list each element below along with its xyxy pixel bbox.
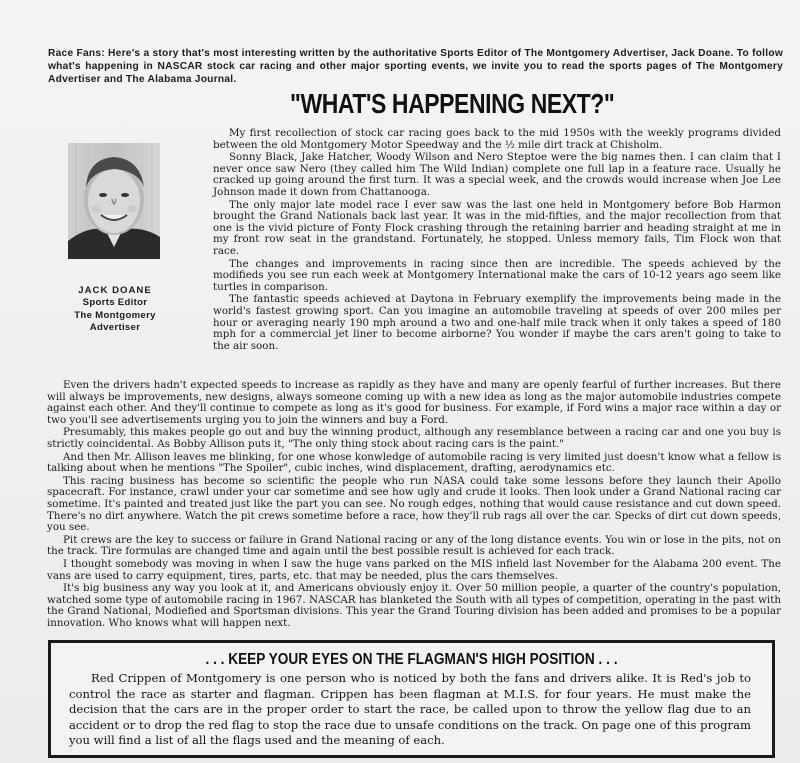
flagman-box-paragraph: Red Crippen of Montgomery is one person …	[69, 671, 751, 749]
author-title: Sports Editor	[56, 297, 174, 309]
article-paragraph: Even the drivers hadn't expected speeds …	[47, 380, 781, 426]
article-paragraph: This racing business has become so scien…	[47, 476, 781, 534]
intro-note: Race Fans: Here's a story that's most in…	[48, 47, 783, 87]
article-full-width: Even the drivers hadn't expected speeds …	[47, 380, 781, 630]
article-paragraph: Sonny Black, Jake Hatcher, Woody Wilson …	[213, 152, 781, 198]
article-paragraph: The fantastic speeds achieved at Daytona…	[213, 294, 781, 352]
article-right-column: My first recollection of stock car racin…	[213, 128, 781, 353]
author-name: JACK DOANE	[56, 285, 174, 297]
article-paragraph: The changes and improvements in racing s…	[213, 259, 781, 294]
article-paragraph: And then Mr. Allison leaves me blinking,…	[47, 452, 781, 475]
author-photo	[68, 143, 160, 259]
article-paragraph: Pit crews are the key to success or fail…	[47, 535, 781, 558]
article-paragraph: I thought somebody was moving in when I …	[47, 559, 781, 582]
flagman-box-title: . . . KEEP YOUR EYES ON THE FLAGMAN'S HI…	[94, 651, 728, 669]
author-portrait-icon	[68, 143, 160, 259]
flagman-box-text: Red Crippen of Montgomery is one person …	[69, 671, 751, 749]
author-org-line2: Advertiser	[56, 322, 174, 334]
article-paragraph: The only major late model race I ever sa…	[213, 200, 781, 258]
article-headline: "WHAT'S HAPPENING NEXT?"	[290, 88, 569, 120]
flagman-sidebar-box: . . . KEEP YOUR EYES ON THE FLAGMAN'S HI…	[48, 640, 775, 758]
author-caption: JACK DOANE Sports Editor The Montgomery …	[56, 285, 174, 335]
article-paragraph: My first recollection of stock car racin…	[213, 128, 781, 151]
article-paragraph: It's big business any way you look at it…	[47, 583, 781, 629]
author-org-line1: The Montgomery	[56, 310, 174, 322]
article-paragraph: Presumably, this makes people go out and…	[47, 427, 781, 450]
document-page: Race Fans: Here's a story that's most in…	[0, 0, 800, 763]
